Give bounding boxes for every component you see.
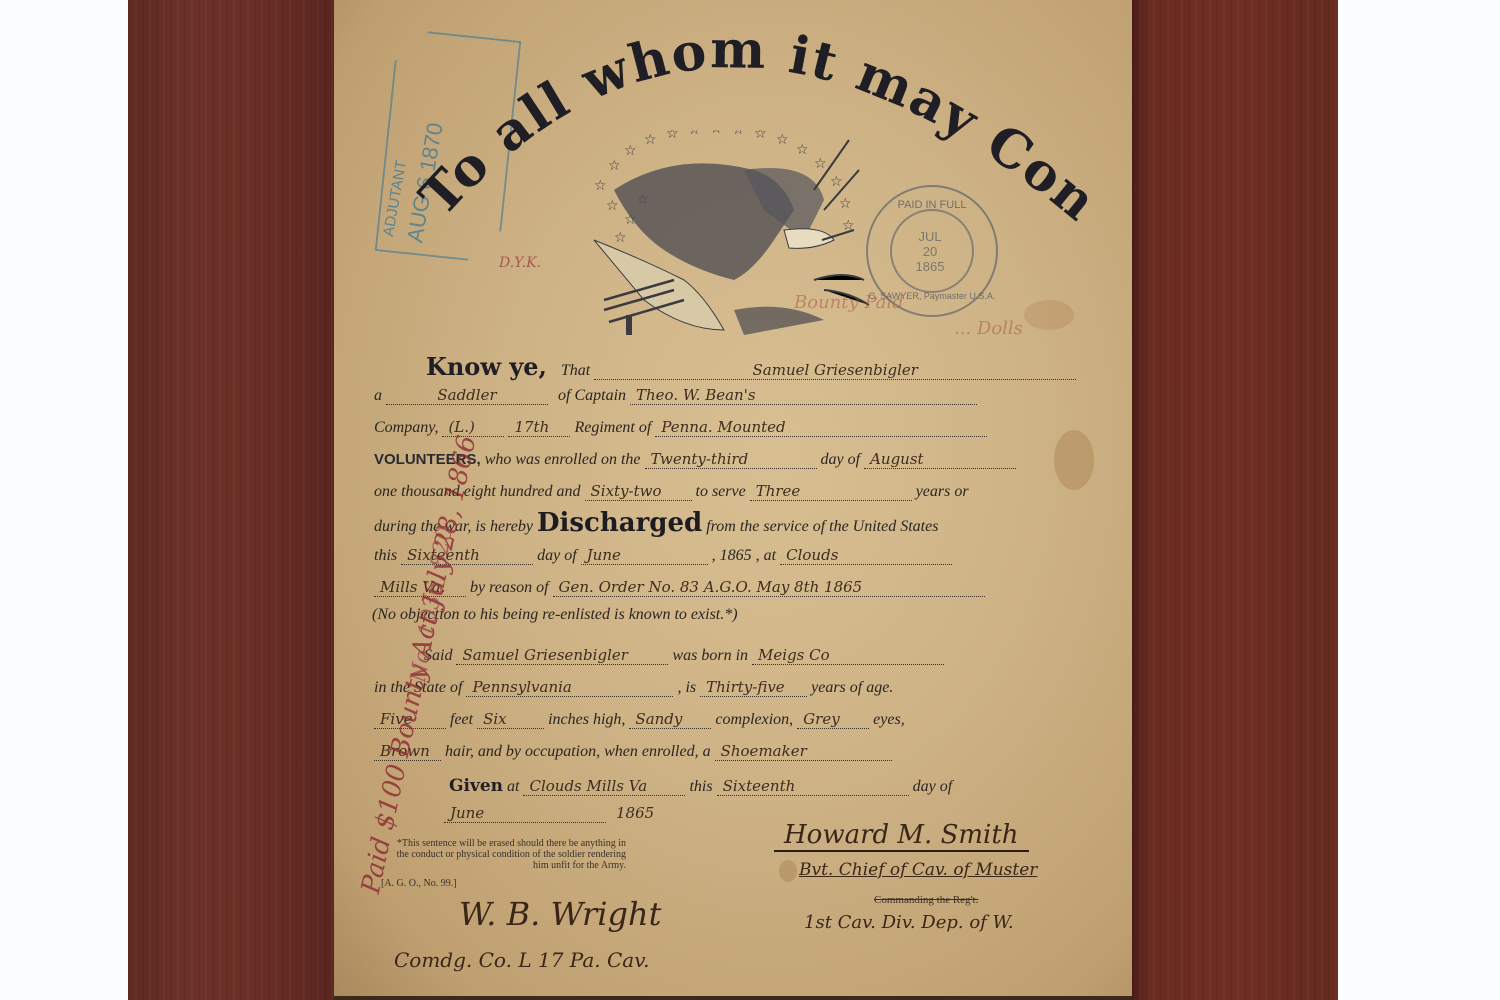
commanding-unit: 1st Cav. Div. Dep. of W. [804, 912, 1014, 933]
footnote-erase-sentence: *This sentence will be erased should the… [396, 838, 626, 871]
line-state-age: in the State of Pennsylvania , is Thirty… [334, 678, 1132, 697]
discharged-heading: Discharged [537, 508, 702, 538]
line-given-at: Given at Clouds Mills Va this Sixteenth … [334, 776, 1132, 796]
enrolled-month: August [864, 450, 1016, 469]
picture-frame-right-rail [1132, 0, 1338, 1000]
svg-text:☆: ☆ [776, 132, 789, 148]
svg-text:☆: ☆ [732, 130, 745, 138]
discharge-month: June [581, 546, 708, 565]
svg-text:☆: ☆ [754, 130, 767, 142]
line-reason: Mills Va. by reason of Gen. Order No. 83… [334, 578, 1132, 597]
age: Thirty-five [700, 678, 807, 697]
regiment-number: 17th [508, 418, 570, 437]
svg-text:☆: ☆ [830, 174, 843, 190]
foxing-stain [779, 860, 797, 882]
svg-text:☆: ☆ [644, 132, 657, 148]
discharge-place: Clouds [780, 546, 952, 565]
line-description: Five feet Six inches high, Sandy complex… [334, 710, 1132, 729]
mustering-officer-title: Comdg. Co. L 17 Pa. Cav. [394, 948, 650, 972]
birth-state: Pennsylvania [466, 678, 673, 697]
commanding-officer-title: Bvt. Chief of Cav. of Muster [799, 860, 1037, 880]
discharge-day: Sixteenth [401, 546, 533, 565]
occupation: Shoemaker [715, 742, 892, 761]
line-know-ye: Know ye, That Samuel Griesenbigler [334, 352, 1132, 381]
soldier-rank: Saddler [386, 386, 548, 405]
enrolled-year: Sixty-two [585, 482, 692, 501]
line-birthplace: Said Samuel Griesenbigler was born in Me… [334, 646, 1132, 665]
commanding-officer-signature: Howard M. Smith [774, 820, 1029, 852]
picture-frame-left-rail [128, 0, 334, 1000]
commanding-printed-label: Commanding the Reg't. [874, 894, 978, 906]
paid-stamp-month: JUL [890, 229, 970, 244]
discharge-reason: Gen. Order No. 83 A.G.O. May 8th 1865 [553, 578, 985, 597]
enrolled-day: Twenty-third [645, 450, 817, 469]
line-occupation: Brown hair, and by occupation, when enro… [334, 742, 1132, 761]
line-rank: a Saddler of Captain Theo. W. Bean's [334, 386, 1132, 405]
svg-text:☆: ☆ [666, 130, 679, 142]
svg-text:☆: ☆ [614, 230, 627, 246]
soldier-name-repeat: Samuel Griesenbigler [456, 646, 668, 665]
line-no-objection: (No objection to his being re-enlisted i… [334, 606, 1132, 624]
term-of-service: Three [750, 482, 912, 501]
eye-color: Grey [797, 710, 869, 729]
discharge-certificate: AUG 6 1870 ADJUTANT To all whom it may C… [334, 0, 1132, 996]
svg-text:☆: ☆ [814, 156, 827, 172]
complexion: Sandy [629, 710, 711, 729]
regiment-state: Penna. Mounted [655, 418, 987, 437]
captain-name: Theo. W. Bean's [630, 386, 977, 405]
margin-initials: D.Y.K. [499, 255, 541, 271]
paid-stamp-day: 20 [890, 244, 970, 259]
paid-stamp-year: 1865 [890, 259, 970, 274]
soldier-name: Samuel Griesenbigler [594, 361, 1076, 380]
svg-text:☆: ☆ [624, 143, 637, 159]
given-month: June [444, 804, 606, 823]
svg-text:☆: ☆ [688, 130, 701, 138]
given-place: Clouds Mills Va [523, 777, 685, 796]
frame-rabbet-shadow [334, 996, 1132, 1000]
given-day: Sixteenth [717, 777, 909, 796]
svg-text:☆: ☆ [606, 198, 619, 214]
svg-text:☆: ☆ [839, 196, 852, 212]
pencil-note-bounty: Bounty Paid [794, 292, 904, 313]
ago-form-number: [A. G. O., No. 99.] [381, 878, 457, 889]
svg-text:☆: ☆ [796, 142, 809, 158]
svg-text:☆: ☆ [608, 158, 621, 174]
mustering-officer-signature: W. B. Wright [459, 895, 661, 933]
pencil-note-dollars: ... Dolls [954, 318, 1023, 339]
given-year: 1865 [610, 804, 682, 822]
foxing-stain [1024, 300, 1074, 330]
svg-text:☆: ☆ [710, 130, 723, 137]
birth-county: Meigs Co [752, 646, 944, 665]
svg-text:☆: ☆ [594, 178, 607, 194]
height-inches: Six [477, 710, 544, 729]
